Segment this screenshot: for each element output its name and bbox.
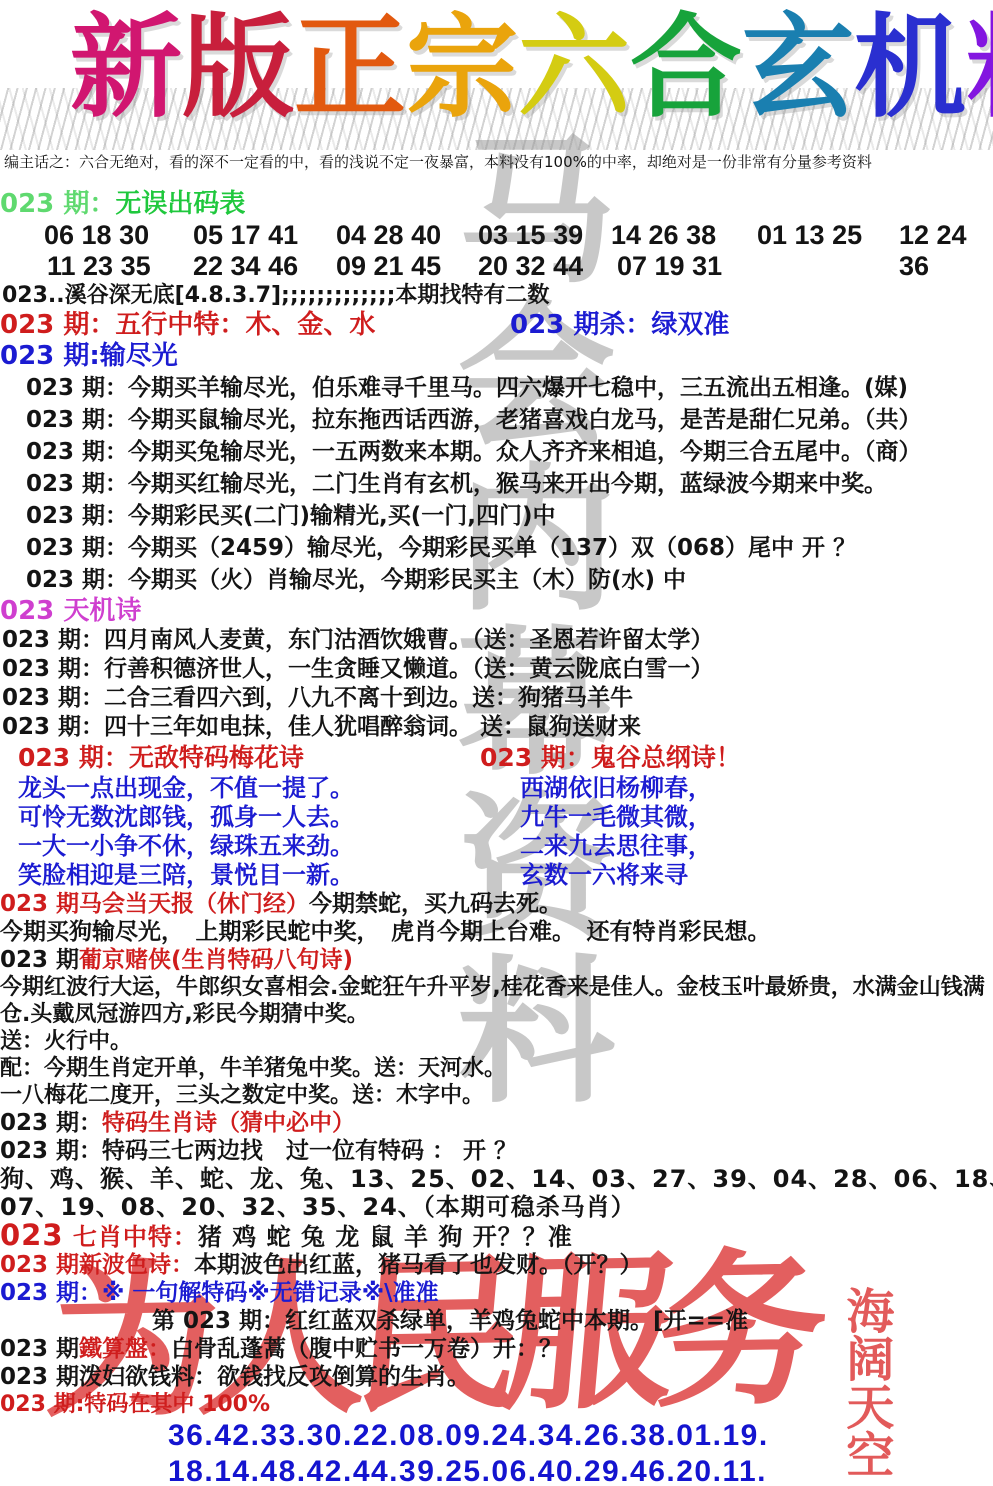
code-group: 03 15 39 bbox=[478, 220, 583, 251]
code-table-row-2: 11 23 35 22 34 46 09 21 45 20 32 44 07 1… bbox=[0, 251, 993, 282]
shengxiao-line: 023 期：特码三七两边找 过一位有特码 ： 开 ？ bbox=[0, 1137, 993, 1165]
pei-line: 配：今期生肖定开单，牛羊猪兔中奖。送：天河水。 bbox=[0, 1055, 993, 1082]
title-char: 正 bbox=[294, 2, 406, 134]
shujinguang-line: 023 期：今期彩民买(二门)输精光,买(一门,四门)中 bbox=[0, 500, 993, 532]
code-group: 07 19 31 bbox=[617, 251, 722, 282]
poem-line: 九牛一毛微其微， bbox=[480, 803, 993, 832]
shujinguang-line: 023 期：今期买兔输尽光，一五两数来本期。众人齐齐来相追，今期三合五尾中。（商… bbox=[0, 436, 993, 468]
code-group: 11 23 35 bbox=[47, 251, 151, 282]
poem-line: 西湖依旧杨柳春， bbox=[480, 774, 993, 803]
code-group: 04 28 40 bbox=[336, 220, 441, 251]
song-line: 送：火行中。 bbox=[0, 1028, 993, 1055]
poem-line: 二来九去思往事， bbox=[480, 832, 993, 861]
zodiac-line-2: 07、19、08、20、32、35、24、（本期可稳杀马肖） bbox=[0, 1193, 993, 1221]
di023-line: 第 023 期：红红蓝双杀绿单，羊鸡兔蛇中本期。[开==准 bbox=[0, 1307, 993, 1335]
pofu-line: 023 期泼妇欲钱料：欲钱找反攻倒算的生肖。 bbox=[0, 1363, 993, 1391]
code-group: 06 18 30 bbox=[44, 220, 149, 251]
mahui-line-2: 今期买狗输尽光， 上期彩民蛇中奖， 虎肖今期上台难。 还有特肖彩民想。 bbox=[0, 918, 993, 946]
special-numbers-line-2: 18.14.48.42.44.39.25.06.40.29.46.20.11. bbox=[0, 1454, 993, 1486]
mahui-line: 023 期马会当天报（休门经）今期禁蛇，买九码去死。 bbox=[0, 890, 993, 918]
bose-line: 023 期新波色诗：本期波色出红蓝，猪马看了也发财。（开？） bbox=[0, 1251, 993, 1279]
poem-columns: 023 期：无敌特码梅花诗 龙头一点出现金，不值一提了。 可怜无数沈郎钱，孤身一… bbox=[0, 742, 993, 890]
shujinguang-line: 023 期：今期买（火）肖输尽光，今期彩民买主（木）防(水) 中 bbox=[0, 564, 993, 596]
lottery-tip-sheet: 马会内幕资料 为人民服务 海阔天空 新 版 正 宗 六 合 玄 机 料 编主话之… bbox=[0, 0, 993, 1486]
poem-line: 笑脸相迎是三陪，景悦目一新。 bbox=[18, 861, 480, 890]
issue-number: 023 期： bbox=[0, 189, 115, 219]
page-title: 新 版 正 宗 六 合 玄 机 料 bbox=[70, 2, 945, 134]
masthead: 新 版 正 宗 六 合 玄 机 料 bbox=[0, 0, 993, 152]
title-char: 新 bbox=[70, 2, 182, 134]
code-group: 01 13 25 bbox=[757, 220, 862, 251]
code-table-header: 023 期：无误出码表 bbox=[0, 188, 993, 220]
code-group: 20 32 44 bbox=[478, 251, 583, 282]
zodiac-line-1: 狗、鸡、猴、羊、蛇、龙、兔、13、25、02、14、03、27、39、04、28… bbox=[0, 1165, 993, 1193]
shujinguang-line: 023 期：今期买（2459）输尽光，今期彩民买单（137）双（068）尾中 开… bbox=[0, 532, 993, 564]
wuxing-row: 023 期：五行中特：木、金、水 023 期杀：绿双准 bbox=[0, 309, 993, 341]
code-group: 14 26 38 bbox=[611, 220, 716, 251]
poem-line: 一大一小争不休，绿珠五来劲。 bbox=[18, 832, 480, 861]
shujinguang-line: 023 期：今期买红输尽光，二门生肖有玄机，猴马来开出今期，蓝绿波今期来中奖。 bbox=[0, 468, 993, 500]
poem-line: 可怜无数沈郎钱，孤身一人去。 bbox=[18, 803, 480, 832]
meihua-line: 一八梅花二度开，三头之数定中奖。送：木字中。 bbox=[0, 1082, 993, 1109]
pujing-body: 今期红波行大运，牛郎织女喜相会.金蛇狂午升平岁,桂花香来是佳人。金枝玉叶最娇贵，… bbox=[0, 974, 993, 1028]
title-char: 料 bbox=[966, 2, 993, 134]
poem-line: 龙头一点出现金，不值一提了。 bbox=[18, 774, 480, 803]
code-table-row-1: 06 18 30 05 17 41 04 28 40 03 15 39 14 2… bbox=[0, 220, 993, 251]
wuxing-tip: 023 期：五行中特：木、金、水 bbox=[0, 310, 375, 340]
shengxiao-header: 023 期：特码生肖诗（猜中必中） bbox=[0, 1109, 993, 1137]
pujing-header: 023 期葡京赌侠(生肖特码八句诗) bbox=[0, 946, 993, 974]
valley-note: 023..溪谷深无底[4.8.3.7];;;;;;;;;;;;;本期找特有二数 bbox=[0, 282, 993, 309]
kill-tip: 023 期杀：绿双准 bbox=[510, 309, 729, 341]
code-group: 09 21 45 bbox=[336, 251, 441, 282]
tema-line: 023 期:特码在其中 100% bbox=[0, 1391, 993, 1418]
plum-poem: 023 期：无敌特码梅花诗 龙头一点出现金，不值一提了。 可怜无数沈郎钱，孤身一… bbox=[0, 742, 480, 890]
guigu-poem-title: 023 期：鬼谷总纲诗！ bbox=[480, 742, 993, 774]
tiesuanpan-line: 023 期鐵算盤：白骨乱蓬蒿（腹中贮书一万卷）开：？ bbox=[0, 1335, 993, 1363]
tianji-line: 023 期：四月南风人麦黄，东门沽酒饮娥曹。（送：圣恩若许留太学） bbox=[0, 626, 993, 655]
plum-poem-title: 023 期：无敌特码梅花诗 bbox=[18, 742, 480, 774]
shujinguang-line: 023 期：今期买鼠输尽光，拉东拖西话西游，老猪喜戏白龙马，是苦是甜仁兄弟。（共… bbox=[0, 404, 993, 436]
title-char: 六 bbox=[518, 2, 630, 134]
title-char: 版 bbox=[182, 2, 294, 134]
tianji-header: 023 天机诗 bbox=[0, 596, 993, 626]
title-char: 合 bbox=[630, 2, 742, 134]
tianji-line: 023 期：行善积德济世人，一生贪睡又懒道。（送：黄云陇底白雪一） bbox=[0, 655, 993, 684]
qixiao-line: 023 七肖中特：猪 鸡 蛇 兔 龙 鼠 羊 狗 开？？准 bbox=[0, 1221, 993, 1251]
editor-note: 编主话之：六合无绝对，看的深不一定看的中，看的浅说不定一夜暴富，本料没有100%… bbox=[0, 152, 993, 172]
yiju-line: 023 期：※ 一句解特码※无错记录※\准准 bbox=[0, 1279, 993, 1307]
code-group: 05 17 41 bbox=[193, 220, 298, 251]
poem-line: 玄数一六将来寻 bbox=[480, 861, 993, 890]
tianji-line: 023 期：二合三看四六到，八九不离十到边。送：狗猪马羊牛 bbox=[0, 684, 993, 713]
shujinguang-line: 023 期：今期买羊输尽光，伯乐难寻千里马。四六爆开七稳中，三五流出五相逢。(媒… bbox=[0, 372, 993, 404]
title-char: 宗 bbox=[406, 2, 518, 134]
tianji-line: 023 期：四十三年如电抺，佳人犹唱醉翁词。 送：鼠狗送财来 bbox=[0, 713, 993, 742]
title-char: 机 bbox=[854, 2, 966, 134]
title-char: 玄 bbox=[742, 2, 854, 134]
shujinguang-header: 023 期:输尽光 bbox=[0, 341, 993, 372]
code-group: 22 34 46 bbox=[193, 251, 298, 282]
special-numbers-line-1: 36.42.33.30.22.08.09.24.34.26.38.01.19. bbox=[0, 1418, 993, 1454]
guigu-poem: 023 期：鬼谷总纲诗！ 西湖依旧杨柳春， 九牛一毛微其微， 二来九去思往事， … bbox=[480, 742, 993, 890]
